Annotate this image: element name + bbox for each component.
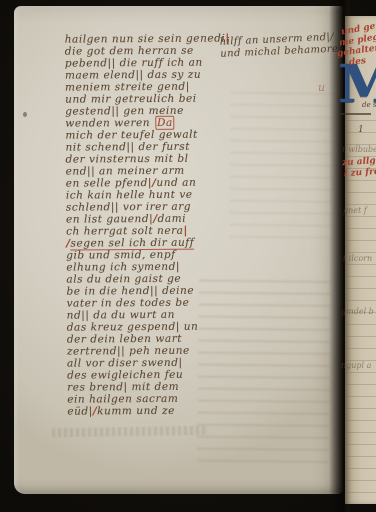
text-line: nit schend|| der furst [65,140,221,153]
text-line: elhung ich symend| [66,260,222,273]
text-segment: und an [156,177,196,189]
text-line: und mir getreulich bei [65,92,221,105]
text-fragment: gmdel b [341,308,374,316]
text-line: maem elend|| das sy zu [65,68,221,81]
text-line: en list gauend|/dami [66,212,222,225]
text-line: des ewigleichen feu [67,368,223,381]
text-line: ein hailgen sacram [67,392,223,405]
text-segment: mich der teufel gewalt [65,129,198,142]
text-fragment: ngupl a [341,362,371,370]
text-segment: das kreuz gespend| un [67,321,199,334]
text-line: meniem streite gend| [65,80,221,93]
initial-baseline-rule [339,113,371,115]
text-line: en selle pfend|/und an [66,176,222,189]
text-segment: be in die hend|| deine [66,285,194,298]
text-segment: nd|| da du wurt an [67,309,175,322]
text-fragment: gnet f [343,207,367,215]
text-segment: ein hailgen sacram [67,393,178,406]
text-line: als du dein gaist ge [66,272,222,285]
text-segment: res brend| mit dem [67,381,179,394]
text-line: der vinsternus mit bl [65,152,221,165]
text-segment: end|| an meiner arm [66,165,185,178]
text-segment: der vinsternus mit bl [65,153,188,166]
text-segment: en list gauend| [66,213,153,226]
text-line: hailgen nun sie sein genedi| [65,32,221,45]
text-line: gestend|| gen meine [65,104,221,117]
text-segment: die got dem herran se [65,45,194,58]
text-line: schlend|| vor irer arg [66,200,222,213]
text-segment: ich kain helle hunt ve [66,189,193,202]
text-line: der dein leben wart [67,332,223,345]
text-line: be in die hend|| deine [66,284,222,297]
text-line: ch herrgat solt nera| [66,224,222,237]
manuscript-photo: hailgen nun sie sein genedi|die got dem … [0,0,376,512]
text-fragment: de sto [362,102,376,109]
text-segment: wenden weren [65,117,154,130]
text-segment: nit schend|| der furst [65,141,190,154]
text-fragment: l zu fre [344,168,376,179]
text-line: wenden weren Da [65,116,221,129]
text-line: ich kain helle hunt ve [66,188,222,201]
text-line: vater in des todes be [67,296,223,309]
text-segment: und mir getreulich bei [65,93,197,106]
text-line: mich der teufel gewalt [65,128,221,141]
main-text-column: hailgen nun sie sein genedi|die got dem … [65,32,224,417]
text-segment: schlend|| vor irer arg [66,201,191,214]
text-segment: maem elend|| das sy zu [65,69,201,82]
text-line: eüd|/kumm und ze [67,404,223,417]
stain-spot [23,112,27,117]
text-segment: vater in des todes be [67,297,190,310]
text-line: all vor diser swend| [67,356,223,369]
text-segment: meniem streite gend| [65,81,190,94]
text-segment: hailgen nun sie sein genedi [65,32,226,45]
text-segment: dami [158,213,187,225]
text-fragment: 1 [358,126,364,135]
second-text-column: hilff an unserm end|/und michal behamore [220,31,345,60]
right-page: M und gepme plegegehaltendesde sto1r wlb… [345,16,376,504]
text-segment: pebend|| die ruff ich an [65,57,203,70]
text-line: nd|| da du wurt an [67,308,223,321]
text-segment: elhung ich symend| [66,261,180,274]
text-fragment: des [349,57,367,68]
text-line: das kreuz gespend| un [67,320,223,333]
ink-show-through [229,83,335,244]
text-line: gib und smid, enpf [66,248,222,261]
text-segment: | [183,225,187,237]
text-fragment: r wlbube [342,146,376,154]
left-page: hailgen nun sie sein genedi|die got dem … [14,6,343,494]
text-line: die got dem herran se [65,44,221,57]
text-segment: kumm und ze [97,405,175,418]
text-segment: all vor diser swend| [67,357,183,370]
text-segment: ch herrgat solt nera [66,225,184,238]
faint-note [52,426,208,438]
text-line: /segen sel ich dir auff [66,236,222,249]
text-line: zertrend|| peh neune [67,344,223,357]
text-fragment: t ilcorn [343,255,372,263]
text-line: end|| an meiner arm [66,164,222,177]
text-line: pebend|| die ruff ich an [65,56,221,69]
text-segment: der dein leben wart [67,333,182,346]
text-segment: eüd| [67,405,93,417]
text-segment: zertrend|| peh neune [67,345,190,358]
text-segment: gib und smid, enpf [66,249,175,262]
text-segment: en selle pfend| [66,177,152,190]
text-fragment: u [318,82,325,93]
text-segment: des ewigleichen feu [67,369,183,382]
text-segment: als du dein gaist ge [66,273,181,286]
text-line: res brend| mit dem [67,380,223,393]
